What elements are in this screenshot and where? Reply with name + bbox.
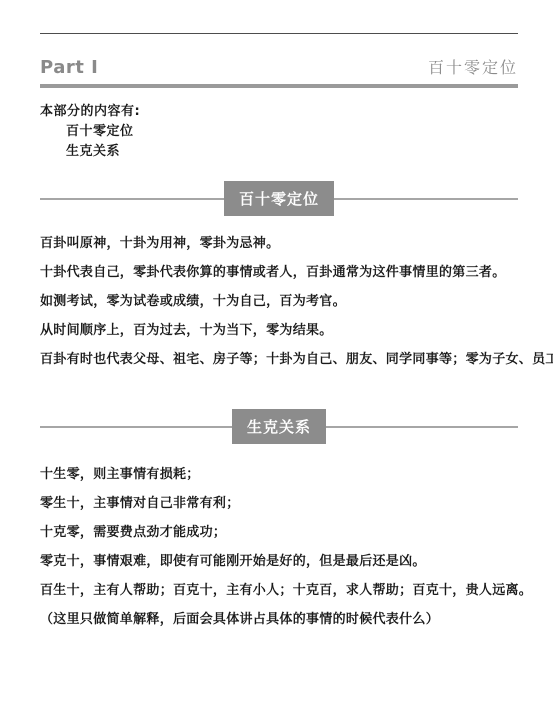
page-header: Part I 百十零定位 <box>40 52 518 78</box>
paragraph: 百卦有时也代表父母、祖宅、房子等；十卦为自己、朋友、同学同事等；零为子女、员工等… <box>40 353 528 367</box>
closing-note: （这里只做简单解释，后面会具体讲占具体的事情的时候代表什么） <box>40 613 528 627</box>
intro-lead: 本部分的内容有: <box>40 105 523 119</box>
intro-item: 百十零定位 <box>40 125 523 139</box>
paragraph: 从时间顺序上，百为过去，十为当下，零为结果。 <box>40 324 528 338</box>
divider-line <box>334 198 518 200</box>
section-title-badge: 百十零定位 <box>224 181 334 216</box>
header-rule <box>40 84 518 88</box>
section-1-paragraphs: 百卦叫原神，十卦为用神，零卦为忌神。 十卦代表自己，零卦代表你算的事情或者人，百… <box>40 237 528 382</box>
paragraph: 零生十，主事情对自己非常有利； <box>40 497 528 511</box>
divider-line <box>40 426 232 428</box>
paragraph: 十生零，则主事情有损耗； <box>40 468 528 482</box>
document-page: Part I 百十零定位 本部分的内容有: 百十零定位 生克关系 百十零定位 百… <box>0 0 553 705</box>
section-heading-positioning: 百十零定位 <box>40 181 518 216</box>
divider-line <box>326 426 518 428</box>
part-label: Part I <box>40 57 98 78</box>
paragraph: 十卦代表自己，零卦代表你算的事情或者人，百卦通常为这件事情里的第三者。 <box>40 266 528 280</box>
section-2-paragraphs: 十生零，则主事情有损耗； 零生十，主事情对自己非常有利； 十克零，需要费点劲才能… <box>40 468 528 642</box>
paragraph: 百生十，主有人帮助；百克十，主有小人；十克百，求人帮助；百克十，贵人远离。 <box>40 584 528 598</box>
paragraph: 十克零，需要费点劲才能成功； <box>40 526 528 540</box>
intro-block: 本部分的内容有: 百十零定位 生克关系 <box>40 105 523 165</box>
paragraph: 如测考试，零为试卷或成绩，十为自己，百为考官。 <box>40 295 528 309</box>
top-rule <box>40 33 518 34</box>
section-heading-relations: 生克关系 <box>40 409 518 444</box>
section-title-badge: 生克关系 <box>232 409 326 444</box>
chapter-title: 百十零定位 <box>428 55 518 78</box>
paragraph: 百卦叫原神，十卦为用神，零卦为忌神。 <box>40 237 528 251</box>
intro-item: 生克关系 <box>40 145 523 159</box>
divider-line <box>40 198 224 200</box>
paragraph: 零克十，事情艰难，即使有可能刚开始是好的，但是最后还是凶。 <box>40 555 528 569</box>
